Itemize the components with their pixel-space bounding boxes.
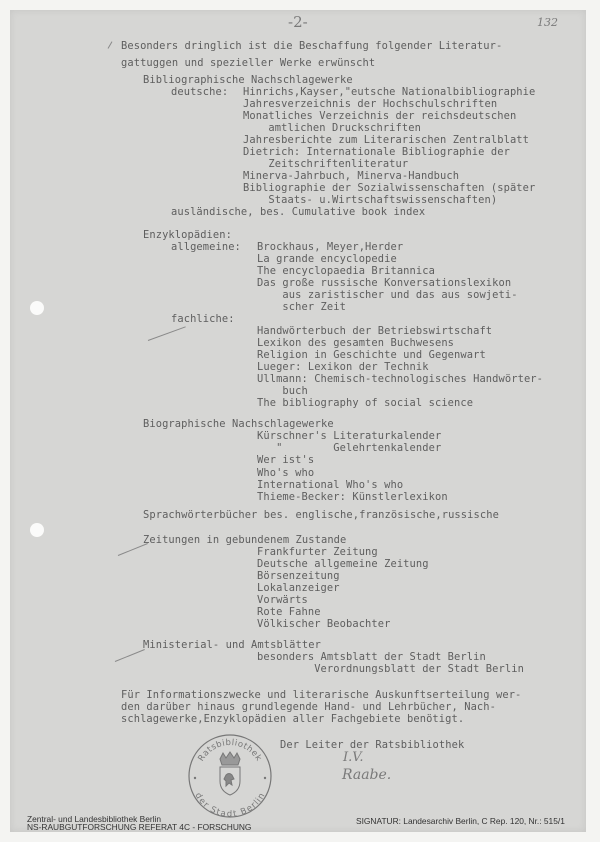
bibliography-item: amtlichen Druckschriften bbox=[243, 122, 421, 134]
dictionaries-line: Sprachwörterbücher bes. englische,franzö… bbox=[143, 509, 499, 521]
bibliography-item: Jahresberichte zum Literarischen Zentral… bbox=[243, 134, 529, 146]
section-heading-newspapers: Zeitungen in gebundenem Zustande bbox=[143, 534, 346, 546]
berlin-bear-crest-icon bbox=[220, 752, 240, 795]
bibliography-item: Staats- u.Wirtschaftswissenschaften) bbox=[243, 194, 497, 206]
encyclopedia-item: La grande encyclopedie bbox=[257, 253, 397, 265]
encyclopedia-item: Lexikon des gesamten Buchwesens bbox=[257, 337, 454, 349]
gazette-item: Verordnungsblatt der Stadt Berlin bbox=[257, 663, 524, 675]
closing-line: den darüber hinaus grundlegende Hand- un… bbox=[121, 701, 496, 713]
newspaper-item: Deutsche allgemeine Zeitung bbox=[257, 558, 429, 570]
intro-line: Besonders dringlich ist die Beschaffung … bbox=[121, 40, 502, 52]
newspaper-item: Frankfurter Zeitung bbox=[257, 546, 378, 558]
encyclopedia-item: The encyclopaedia Britannica bbox=[257, 265, 435, 277]
bibliography-item: Dietrich: Internationale Bibliographie d… bbox=[243, 146, 510, 158]
label-german: deutsche: bbox=[171, 86, 228, 98]
gazette-item: besonders Amtsblatt der Stadt Berlin bbox=[257, 651, 486, 663]
section-heading-bibliographies: Bibliographische Nachschlagewerke bbox=[143, 74, 353, 86]
encyclopedia-item: Religion in Geschichte und Gegenwart bbox=[257, 349, 486, 361]
page-number: -2- bbox=[288, 13, 308, 31]
section-heading-encyclopedias: Enzyklopädien: bbox=[143, 229, 232, 241]
newspaper-item: Rote Fahne bbox=[257, 606, 321, 618]
newspaper-item: Völkischer Beobachter bbox=[257, 618, 390, 630]
newspaper-item: Lokalanzeiger bbox=[257, 582, 340, 594]
bibliography-item: Bibliographie der Sozialwissenschaften (… bbox=[243, 182, 535, 194]
folio-number: 132 bbox=[537, 16, 558, 29]
encyclopedia-item: buch bbox=[257, 385, 308, 397]
encyclopedia-item: The bibliography of social science bbox=[257, 397, 473, 409]
bibliography-item: Monatliches Verzeichnis der reichsdeutsc… bbox=[243, 110, 516, 122]
encyclopedia-item: Lueger: Lexikon der Technik bbox=[257, 361, 429, 373]
punch-hole bbox=[30, 523, 44, 537]
closing-line: Für Informationszwecke und literarische … bbox=[121, 689, 521, 701]
bibliography-item: Hinrichs,Kayser,"eutsche Nationalbibliog… bbox=[243, 86, 535, 98]
encyclopedia-item: Handwörterbuch der Betriebswirtschaft bbox=[257, 325, 492, 337]
biography-item: " Gelehrtenkalender bbox=[257, 442, 441, 454]
biography-item: Who's who bbox=[257, 467, 314, 479]
encyclopedia-item: Ullmann: Chemisch-technologisches Handwö… bbox=[257, 373, 543, 385]
foreign-bibliographies: ausländische, bes. Cumulative book index bbox=[171, 206, 425, 218]
newspaper-item: Vorwärts bbox=[257, 594, 308, 606]
footer-signature: SIGNATUR: Landesarchiv Berlin, C Rep. 12… bbox=[356, 817, 565, 826]
encyclopedia-item: Brockhaus, Meyer,Herder bbox=[257, 241, 403, 253]
encyclopedia-item: aus zaristischer und das aus sowjeti- bbox=[257, 289, 518, 301]
biography-item: Wer ist's bbox=[257, 454, 314, 466]
label-general: allgemeine: bbox=[171, 241, 241, 253]
closing-line: schlagewerke,Enzyklopädien aller Fachgeb… bbox=[121, 713, 464, 725]
bibliography-item: Jahresverzeichnis der Hochschulschriften bbox=[243, 98, 497, 110]
bibliography-item: Minerva-Jahrbuch, Minerva-Handbuch bbox=[243, 170, 459, 182]
encyclopedia-item: scher Zeit bbox=[257, 301, 346, 313]
biography-item: Kürschner's Literaturkalender bbox=[257, 430, 441, 442]
punch-hole bbox=[30, 301, 44, 315]
signature-iv: I.V. bbox=[343, 750, 364, 765]
footer-department: NS-RAUBGUTFORSCHUNG REFERAT 4C - FORSCHU… bbox=[27, 823, 251, 832]
encyclopedia-item: Das große russische Konversationslexikon bbox=[257, 277, 511, 289]
label-special: fachliche: bbox=[171, 313, 235, 325]
library-stamp: Ratsbibliothek der Stadt Berlin bbox=[187, 733, 273, 819]
newspaper-item: Börsenzeitung bbox=[257, 570, 340, 582]
signature-name: Raabe. bbox=[342, 767, 391, 783]
biography-item: Thieme-Becker: Künstlerlexikon bbox=[257, 491, 448, 503]
section-heading-gazettes: Ministerial- und Amtsblätter bbox=[143, 639, 321, 651]
signature-title: Der Leiter der Ratsbibliothek bbox=[280, 739, 464, 751]
section-heading-biographies: Biographische Nachschlagewerke bbox=[143, 418, 334, 430]
biography-item: International Who's who bbox=[257, 479, 403, 491]
bibliography-item: Zeitschriftenliteratur bbox=[243, 158, 408, 170]
intro-line: gattuggen und spezieller Werke erwünscht bbox=[121, 57, 375, 69]
